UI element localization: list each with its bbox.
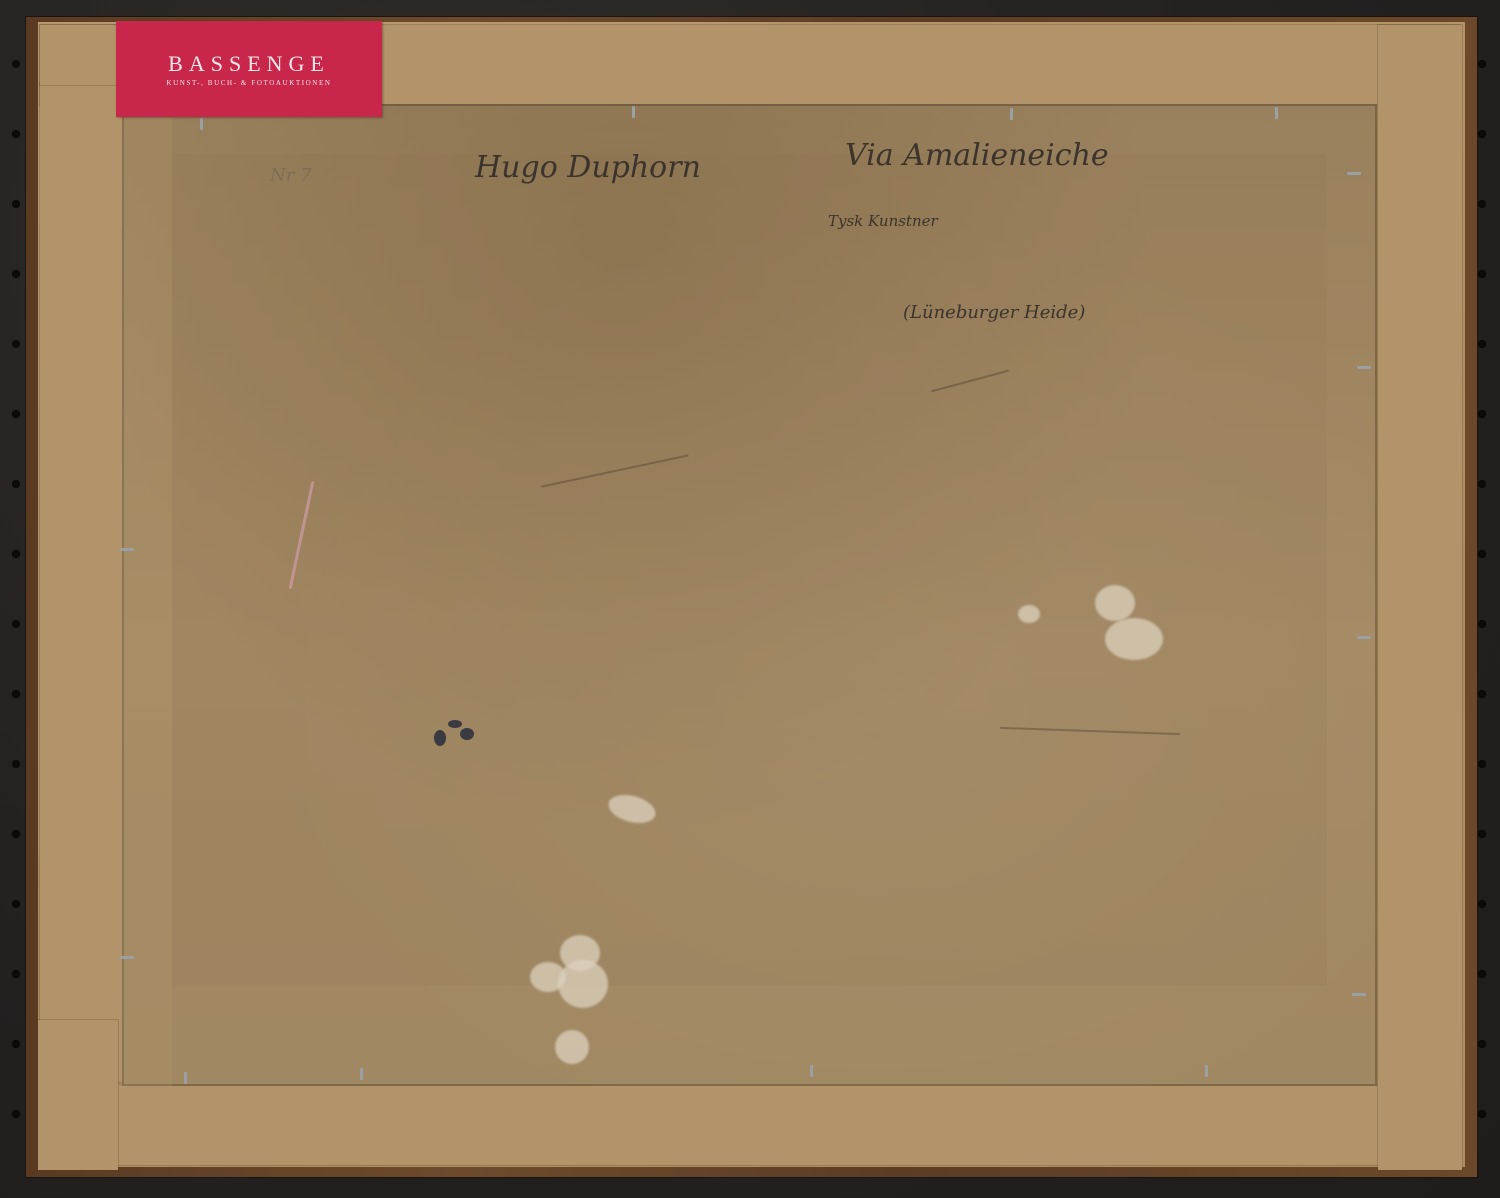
canvas-back [122,104,1377,1086]
nail [120,548,134,551]
nail [810,1065,813,1077]
perforation-holes-right [1478,0,1488,1198]
nail [1275,107,1278,119]
tape-right [1378,25,1462,1170]
inscription-title: Via Amalieneiche [845,138,1109,173]
nail [360,1068,363,1080]
canvas-inner-area [172,154,1327,986]
nail [1347,172,1361,175]
tape-left-bottom [38,1020,118,1170]
perforation-holes-left [12,0,22,1198]
tape-left [40,82,122,1082]
nail [632,106,635,118]
nail [1357,636,1371,639]
nail [200,118,203,130]
stain-white [555,1030,589,1064]
stain-white [1018,605,1040,623]
nail [184,1072,187,1084]
stain-dark [434,730,446,746]
stain-dark [448,720,462,728]
inscription-number: Nr 7 [270,165,312,186]
nail [1357,366,1371,369]
nail [120,956,134,959]
tape-left-top [40,25,120,85]
tape-bottom [40,1085,1460,1165]
stain-white [1095,585,1135,621]
nail [1010,108,1013,120]
inscription-artist: Hugo Duphorn [475,150,701,185]
stain-white [558,960,608,1008]
stain-dark [460,728,474,740]
canvas-edge-strip [122,104,172,1086]
inscription-location: (Lüneburger Heide) [903,302,1085,323]
stain-white [1105,618,1163,660]
nail [1352,993,1366,996]
inscription-note: Tysk Kunstner [828,212,938,230]
auction-house-sticker: BASSENGE KUNST-, BUCH- & FOTOAUKTIONEN [116,21,382,117]
sticker-brand: BASSENGE [116,51,382,77]
nail [1205,1065,1208,1077]
sticker-tagline: KUNST-, BUCH- & FOTOAUKTIONEN [116,79,382,87]
